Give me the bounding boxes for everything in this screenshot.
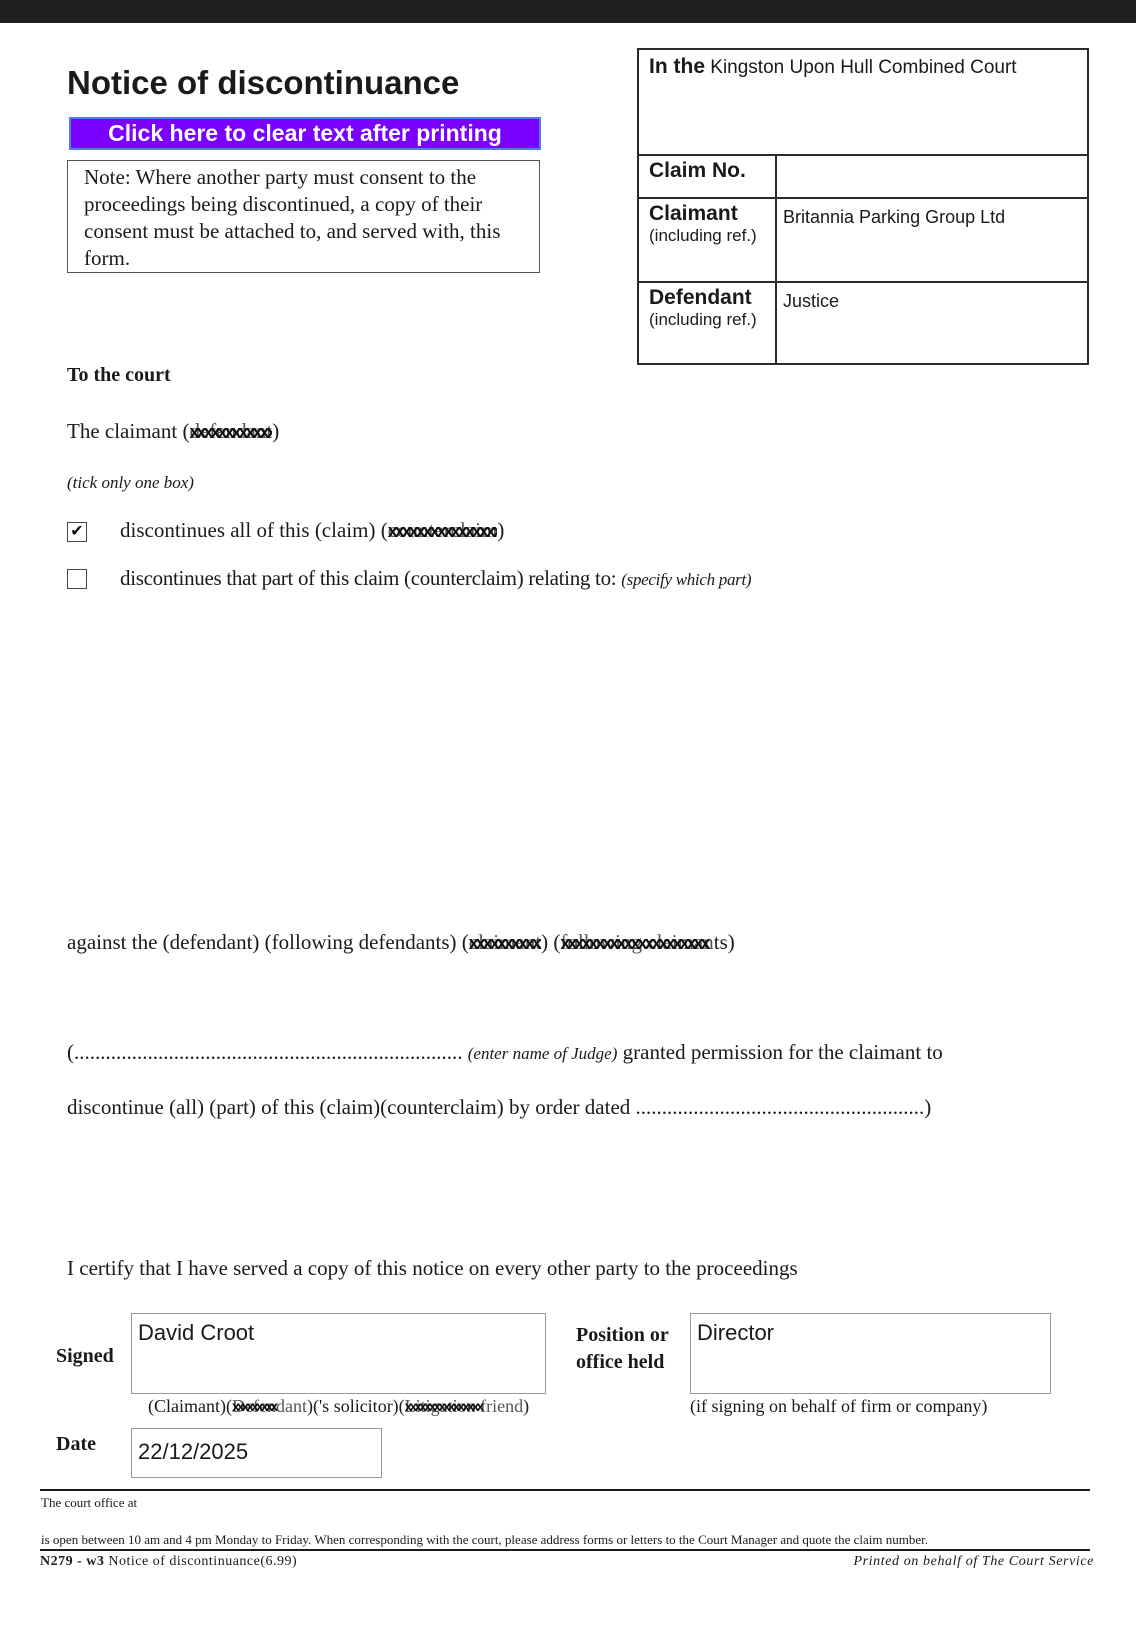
- option-all-suffix: ): [497, 518, 504, 542]
- defendant-label: Defendant: [649, 286, 765, 310]
- part-specification-field[interactable]: [120, 600, 1020, 920]
- caption-part: ): [523, 1396, 529, 1416]
- caption-part: (Claimant)(: [148, 1396, 232, 1416]
- claimant-field[interactable]: Britannia Parking Group Ltd: [783, 207, 1005, 228]
- footer-top-rule: [40, 1489, 1090, 1491]
- court-details-box: In the Kingston Upon Hull Combined Court…: [637, 48, 1089, 365]
- signed-capacity-caption: (Claimant)(Defendantxxxxxxxxx)('s solici…: [148, 1396, 529, 1417]
- claim-no-label: Claim No.: [649, 159, 765, 183]
- struck-text: Defendantxxxxxxxxx: [232, 1396, 307, 1417]
- against-mid: ) (: [541, 930, 560, 954]
- struck-text: counterclaimxxxxxxxxxxxxxxxx: [388, 518, 498, 543]
- position-label-line2: office held: [576, 1349, 669, 1376]
- judge-line: (.......................................…: [67, 1040, 943, 1065]
- caption-part: )('s solicitor)(: [307, 1396, 405, 1416]
- form-name: Notice of discontinuance(6.99): [104, 1554, 297, 1569]
- defendant-row: Defendant (including ref.) Justice: [639, 283, 1087, 363]
- court-name-field[interactable]: In the Kingston Upon Hull Combined Court: [639, 50, 1087, 156]
- judge-suffix: granted permission for the claimant to: [617, 1040, 942, 1064]
- tick-hint: (tick only one box): [67, 473, 194, 493]
- judge-hint: (enter name of Judge): [468, 1044, 618, 1063]
- discontinue-part-checkbox[interactable]: [67, 569, 87, 589]
- claimant-line-suffix: ): [272, 419, 279, 443]
- form-code: N279 - w3 Notice of discontinuance(6.99): [40, 1554, 297, 1570]
- form-code-id: N279 - w3: [40, 1554, 104, 1569]
- defendant-sublabel: (including ref.): [649, 310, 765, 330]
- against-suffix: ts): [714, 930, 735, 954]
- printed-by: Printed on behalf of The Court Service: [853, 1554, 1094, 1570]
- footer-bottom-rule: [40, 1549, 1090, 1551]
- against-line: against the (defendant) (following defen…: [67, 930, 735, 955]
- consent-note: Note: Where another party must consent t…: [67, 160, 540, 273]
- signed-label: Signed: [56, 1345, 114, 1368]
- signed-field[interactable]: David Croot: [131, 1313, 546, 1394]
- struck-text: following claimanxxxxxxxxxxxxxxxxxxxxx: [560, 930, 713, 955]
- date-label: Date: [56, 1433, 96, 1456]
- discontinue-part-label: discontinues that part of this claim (co…: [120, 566, 751, 591]
- opening-hours-text: is open between 10 am and 4 pm Monday to…: [41, 1532, 928, 1548]
- strike-xs: xxxxxxxxx: [232, 1396, 307, 1416]
- claimant-label: Claimant: [649, 202, 765, 226]
- position-caption: (if signing on behalf of firm or company…: [690, 1396, 987, 1417]
- strike-xs: xxxxxxxxxxxx: [189, 419, 272, 445]
- in-the-label: In the: [649, 55, 705, 78]
- discontinue-all-checkbox[interactable]: ✔: [67, 522, 87, 542]
- claimant-line-prefix: The claimant (: [67, 419, 189, 443]
- strike-xs: xxxxxxxxxxxxxxxx: [388, 518, 498, 544]
- struck-text: defendantxxxxxxxxxxxx: [189, 419, 272, 444]
- top-bar: [0, 0, 1136, 23]
- claimant-line: The claimant (defendantxxxxxxxxxxxx): [67, 419, 279, 444]
- claimant-sublabel: (including ref.): [649, 226, 765, 246]
- defendant-field[interactable]: Justice: [783, 291, 839, 312]
- date-field[interactable]: 22/12/2025: [131, 1428, 382, 1478]
- position-field[interactable]: Director: [690, 1313, 1051, 1394]
- option-part-hint: (specify which part): [621, 570, 751, 589]
- option-part-text: discontinues that part of this claim (co…: [120, 566, 621, 590]
- position-label-line1: Position or: [576, 1322, 669, 1349]
- court-office-text: The court office at: [41, 1495, 137, 1511]
- struck-text: claimantxxxxxxxxxxx: [469, 930, 541, 955]
- against-prefix: against the (defendant) (following defen…: [67, 930, 469, 954]
- strike-xs: xxxxxxxxxxx: [469, 930, 541, 956]
- court-name-value: Kingston Upon Hull Combined Court: [710, 57, 1016, 78]
- strike-xs: xxxxxxxxxxxxxxxxxxxxx: [560, 930, 713, 956]
- option-all-prefix: discontinues all of this (claim) (: [120, 518, 388, 542]
- discontinue-all-label: discontinues all of this (claim) (counte…: [120, 518, 504, 543]
- certify-statement: I certify that I have served a copy of t…: [67, 1256, 798, 1281]
- check-icon: ✔: [70, 524, 83, 540]
- claimant-row: Claimant (including ref.) Britannia Park…: [639, 199, 1087, 283]
- page-title: Notice of discontinuance: [67, 64, 459, 102]
- strike-xs: xxxxxxxxxxxxxxxx: [405, 1396, 523, 1416]
- claim-no-row: Claim No.: [639, 156, 1087, 199]
- to-the-court-heading: To the court: [67, 364, 171, 387]
- struck-text: Litigation friendxxxxxxxxxxxxxxxx: [405, 1396, 523, 1417]
- order-line: discontinue (all) (part) of this (claim)…: [67, 1095, 931, 1120]
- clear-text-button[interactable]: Click here to clear text after printing: [69, 117, 541, 150]
- judge-prefix: (.......................................…: [67, 1040, 468, 1064]
- position-label: Position or office held: [576, 1322, 669, 1376]
